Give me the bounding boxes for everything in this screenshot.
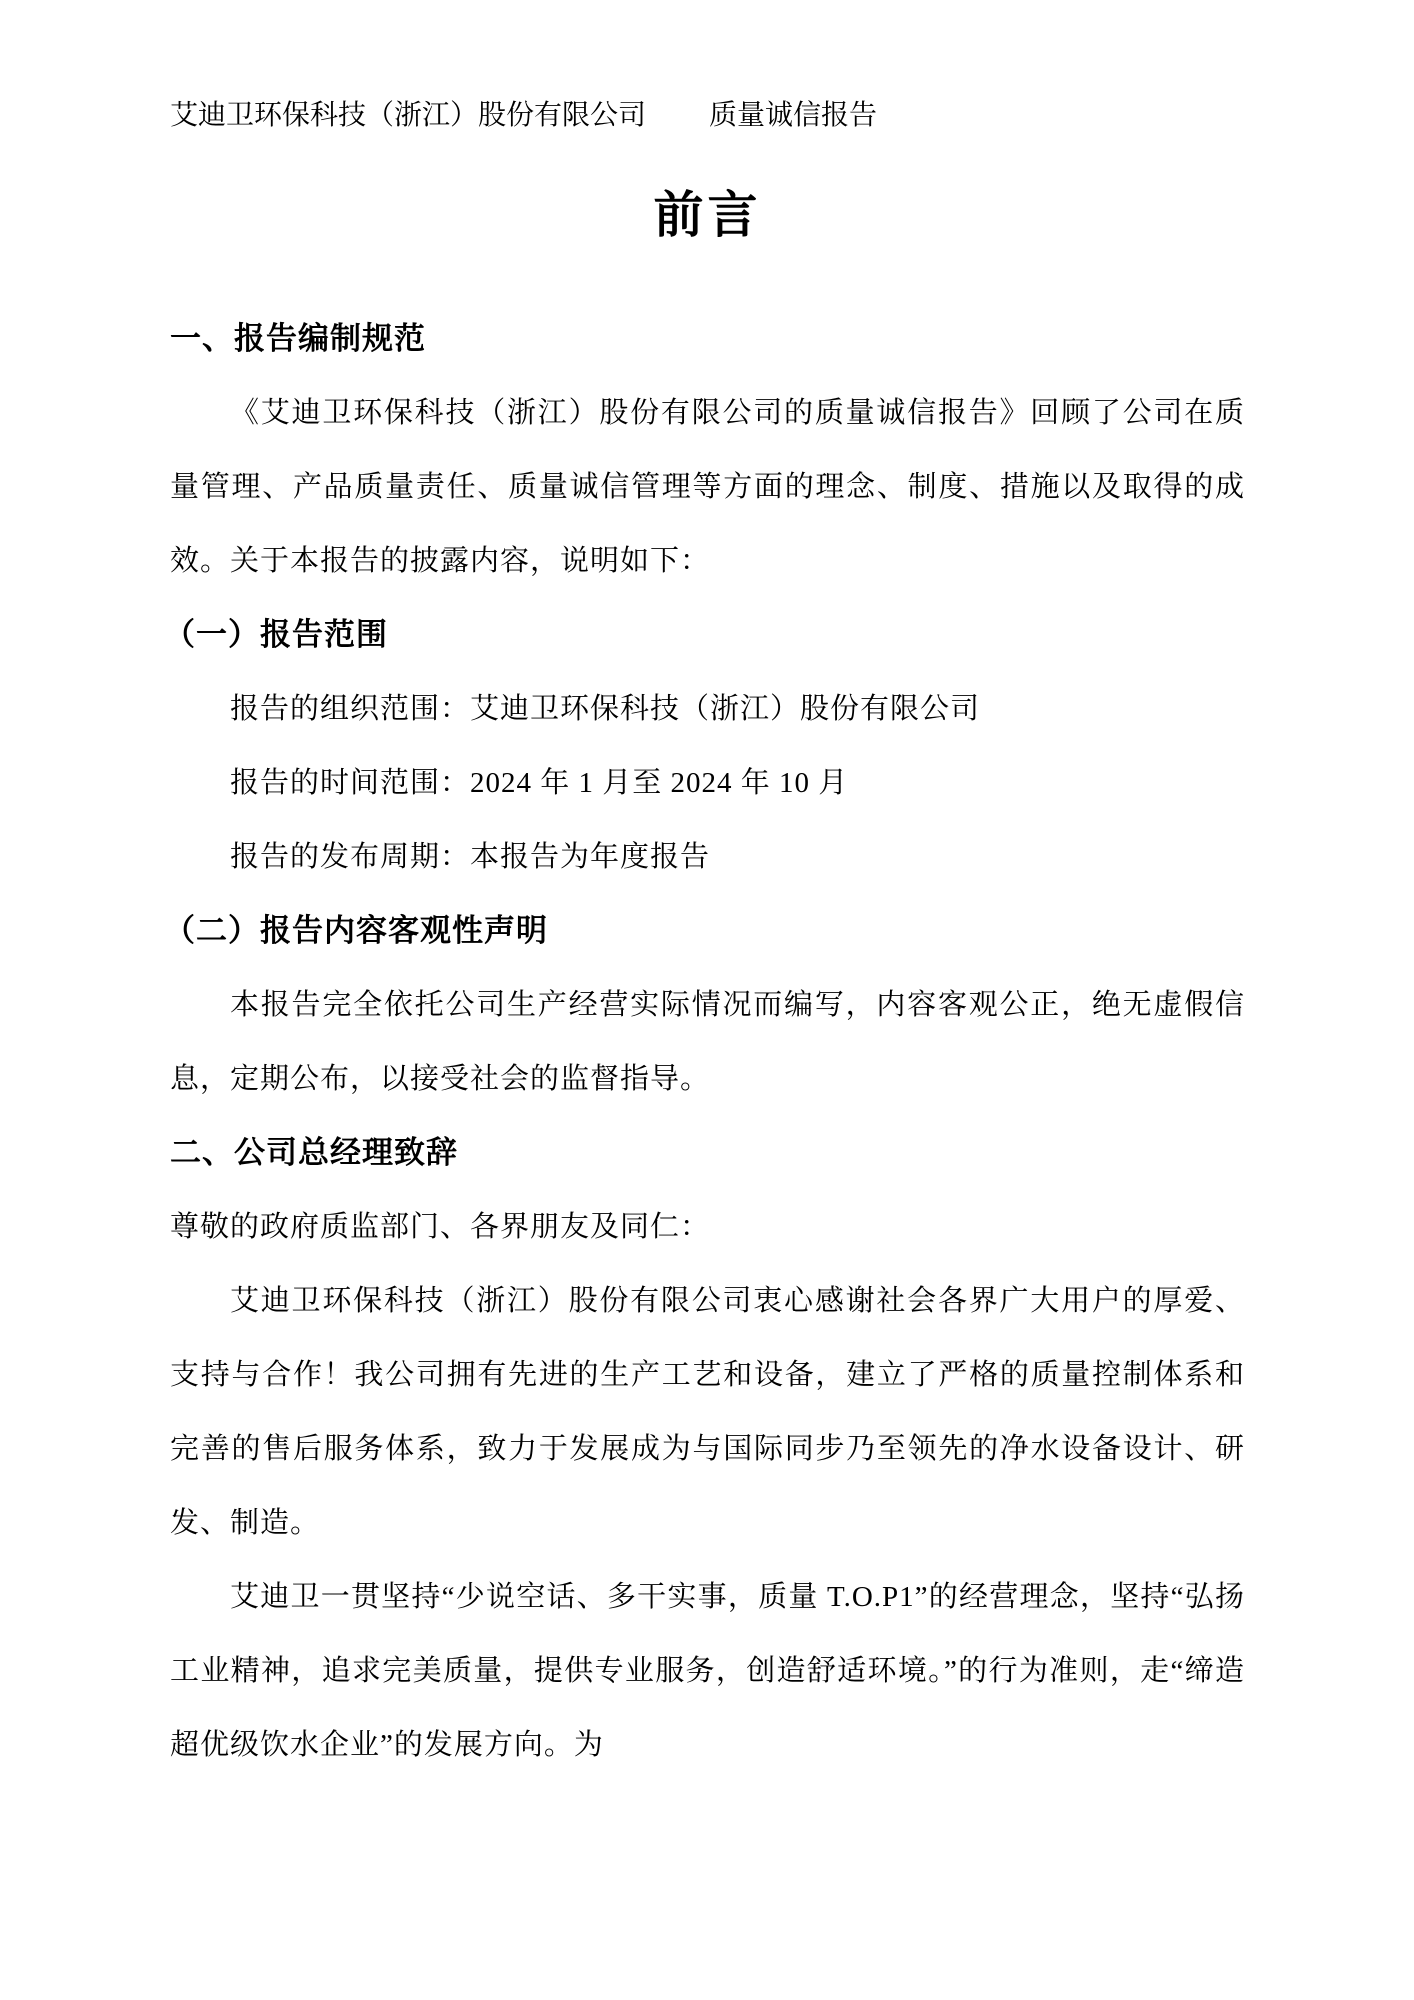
report-standards-paragraph: 《艾迪卫环保科技（浙江）股份有限公司的质量诚信报告》回顾了公司在质量管理、产品质… — [170, 376, 1245, 598]
header-company-name: 艾迪卫环保科技（浙江）股份有限公司 — [170, 100, 646, 131]
report-scope-organization-line: 报告的组织范围：艾迪卫环保科技（浙江）股份有限公司 — [170, 672, 1245, 746]
gm-address-salutation-line: 尊敬的政府质监部门、各界朋友及同仁： — [170, 1190, 1245, 1264]
page-title: 前言 — [170, 188, 1245, 242]
document-page: 艾迪卫环保科技（浙江）股份有限公司 质量诚信报告 前言 一、报告编制规范 《艾迪… — [0, 0, 1414, 2000]
section-heading-gm-address: 二、公司总经理致辞 — [170, 1116, 1245, 1190]
subsection-heading-objectivity-statement: （二）报告内容客观性声明 — [164, 894, 1245, 968]
subsection-heading-report-scope: （一）报告范围 — [164, 598, 1245, 672]
objectivity-statement-paragraph: 本报告完全依托公司生产经营实际情况而编写，内容客观公正，绝无虚假信息，定期公布，… — [170, 968, 1245, 1116]
gm-address-paragraph-1: 艾迪卫环保科技（浙江）股份有限公司衷心感谢社会各界广大用户的厚爱、支持与合作！我… — [170, 1264, 1245, 1560]
section-heading-report-standards: 一、报告编制规范 — [170, 302, 1245, 376]
page-header: 艾迪卫环保科技（浙江）股份有限公司 质量诚信报告 — [170, 0, 1245, 134]
header-doc-title: 质量诚信报告 — [709, 100, 877, 131]
document-body: 一、报告编制规范 《艾迪卫环保科技（浙江）股份有限公司的质量诚信报告》回顾了公司… — [170, 302, 1245, 1782]
report-scope-cycle-line: 报告的发布周期：本报告为年度报告 — [170, 820, 1245, 894]
report-scope-time-line: 报告的时间范围：2024 年 1 月至 2024 年 10 月 — [170, 746, 1245, 820]
gm-address-paragraph-2: 艾迪卫一贯坚持“少说空话、多干实事，质量 T.O.P1”的经营理念，坚持“弘扬工… — [170, 1560, 1245, 1782]
